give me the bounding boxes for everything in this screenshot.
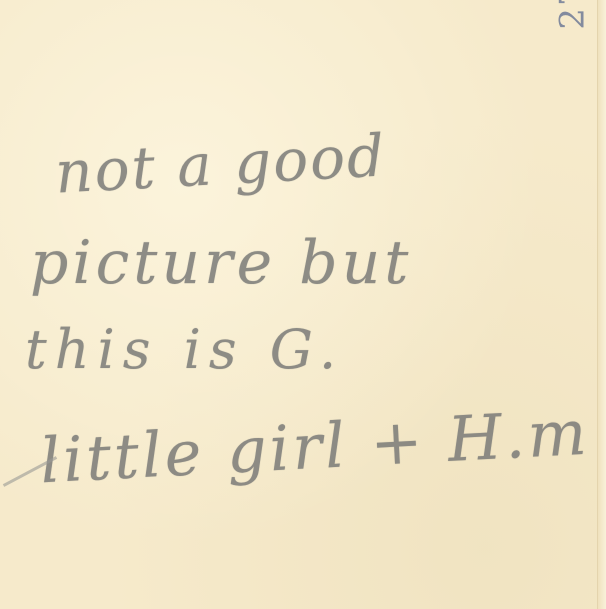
handwritten-line-2: picture but bbox=[30, 228, 412, 298]
handwritten-line-3: this is G. bbox=[25, 318, 344, 381]
stamped-number: 27 bbox=[552, 0, 592, 30]
paper-edge bbox=[597, 0, 606, 609]
paper-background bbox=[0, 0, 606, 609]
